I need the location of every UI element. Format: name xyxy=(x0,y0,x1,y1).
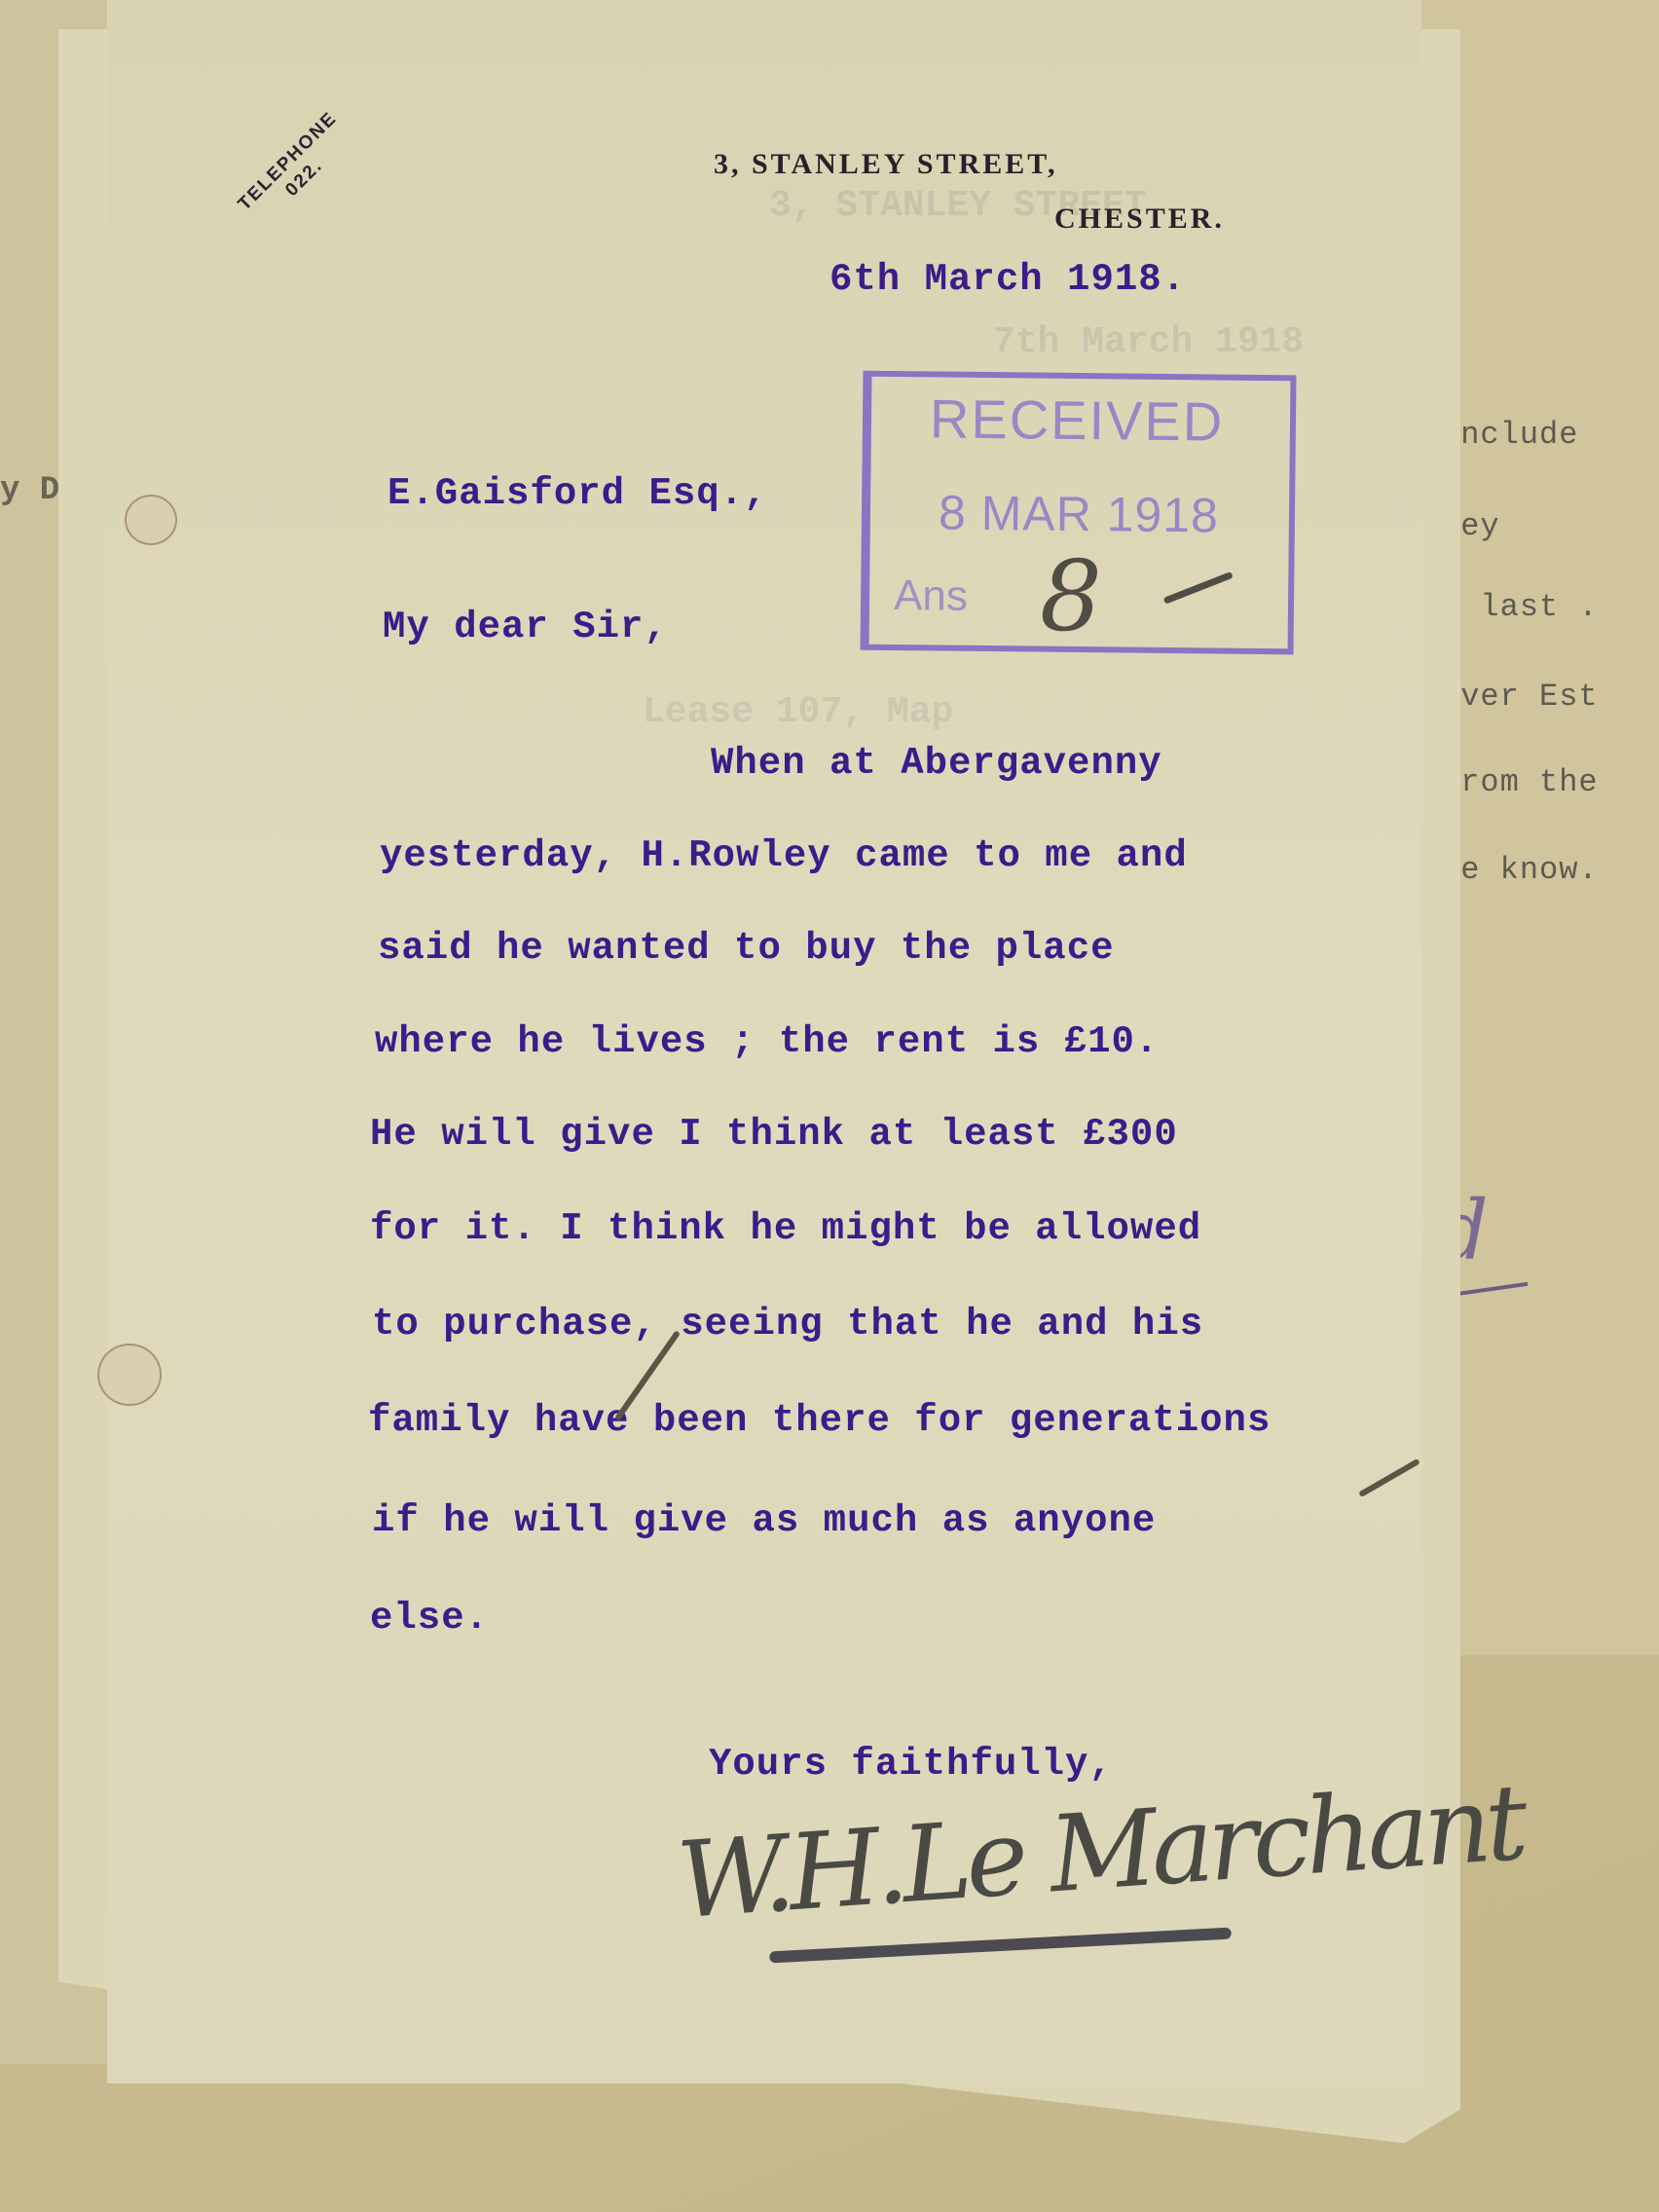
right-sheet-line: over Est xyxy=(1441,679,1599,715)
letter-date: 6th March 1918. xyxy=(829,258,1186,301)
stamp-title: RECEIVED xyxy=(930,387,1225,453)
salutation: My dear Sir, xyxy=(383,606,668,648)
punch-hole xyxy=(97,1344,162,1406)
right-sheet-line: n last . xyxy=(1441,589,1599,625)
received-stamp: RECEIVED 8 MAR 1918 Ans 8 xyxy=(861,371,1297,655)
body-line: for it. I think he might be allowed xyxy=(370,1207,1201,1250)
show-through-text: 7th March 1918 xyxy=(993,321,1304,363)
closing: Yours faithfully, xyxy=(709,1743,1113,1786)
address-line-2: CHESTER. xyxy=(1054,203,1225,236)
stamp-tick-mark xyxy=(1163,571,1234,605)
left-sheet-fragment: y D xyxy=(0,472,59,509)
stamp-ans-label: Ans xyxy=(894,571,968,621)
stamp-date: 8 MAR 1918 xyxy=(939,484,1220,543)
body-line: where he lives ; the rent is £10. xyxy=(375,1020,1159,1063)
right-sheet-line: from the xyxy=(1441,764,1599,800)
body-line: When at Abergavenny xyxy=(711,742,1162,785)
body-line: family have been there for generations xyxy=(368,1399,1271,1442)
body-line: said he wanted to buy the place xyxy=(378,927,1115,970)
stamp-handwritten-number: 8 xyxy=(1039,539,1102,654)
body-line: yesterday, H.Rowley came to me and xyxy=(380,834,1188,877)
address-line-1: 3, STANLEY STREET, xyxy=(714,148,1058,181)
right-sheet-line: ne know. xyxy=(1441,852,1599,888)
body-line: to purchase, seeing that he and his xyxy=(372,1303,1203,1346)
body-line: He will give I think at least £300 xyxy=(370,1113,1178,1156)
body-line: else. xyxy=(370,1597,489,1640)
show-through-text: Lease 107, Map xyxy=(643,691,953,733)
right-sheet-line: onclude xyxy=(1441,417,1578,453)
recipient: E.Gaisford Esq., xyxy=(387,472,767,515)
body-line: if he will give as much as anyone xyxy=(372,1499,1156,1542)
punch-hole xyxy=(125,495,177,545)
